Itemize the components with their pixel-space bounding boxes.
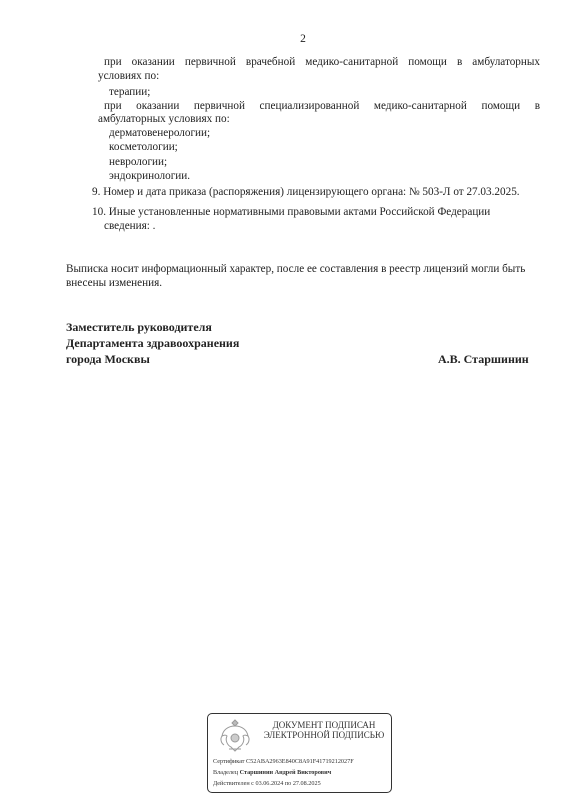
owner-label: Владелец [213,769,238,776]
certificate-label: Сертификат [213,758,245,765]
content-line: условиях по: [98,70,159,83]
content-line: косметологии; [109,141,178,154]
owner-value: Старшинин Андрей Викторович [240,769,332,776]
item-10-continued: сведения: . [104,220,155,233]
note-line: внесены изменения. [66,277,162,290]
stamp-title: ДОКУМЕНТ ПОДПИСАН ЭЛЕКТРОННОЙ ПОДПИСЬЮ [260,720,388,740]
signer-position: Департамента здравоохранения [66,336,239,351]
content-line: при оказании первичной специализированно… [104,100,540,113]
certificate-line: Сертификат C52ABA2963E840C8A91F417192120… [213,758,354,765]
signer-position: Заместитель руководителя [66,320,212,335]
content-line: неврологии; [109,156,167,169]
content-line: при оказании первичной врачебной медико-… [104,56,540,69]
electronic-signature-stamp: ДОКУМЕНТ ПОДПИСАН ЭЛЕКТРОННОЙ ПОДПИСЬЮ С… [207,713,392,793]
stamp-title-line: ДОКУМЕНТ ПОДПИСАН [260,720,388,730]
owner-line: Владелец Старшинин Андрей Викторович [213,769,331,776]
item-10: 10. Иные установленные нормативными прав… [92,206,490,219]
signer-position: города Москвы [66,352,150,367]
content-line: терапии; [109,86,150,99]
content-line: амбулаторных условиях по: [98,113,230,126]
item-9: 9. Номер и дата приказа (распоряжения) л… [92,186,520,199]
coat-of-arms-icon [218,717,252,755]
note-line: Выписка носит информационный характер, п… [66,263,525,276]
signer-name: А.В. Старшинин [438,352,529,367]
content-line: дерматовенерологии; [109,127,210,140]
certificate-value: C52ABA2963E840C8A91F41719212027F [246,758,354,765]
page-number: 2 [0,33,566,45]
stamp-title-line: ЭЛЕКТРОННОЙ ПОДПИСЬЮ [260,730,388,740]
content-line: эндокринологии. [109,170,190,183]
validity-line: Действителен с 03.06.2024 по 27.08.2025 [213,780,321,787]
